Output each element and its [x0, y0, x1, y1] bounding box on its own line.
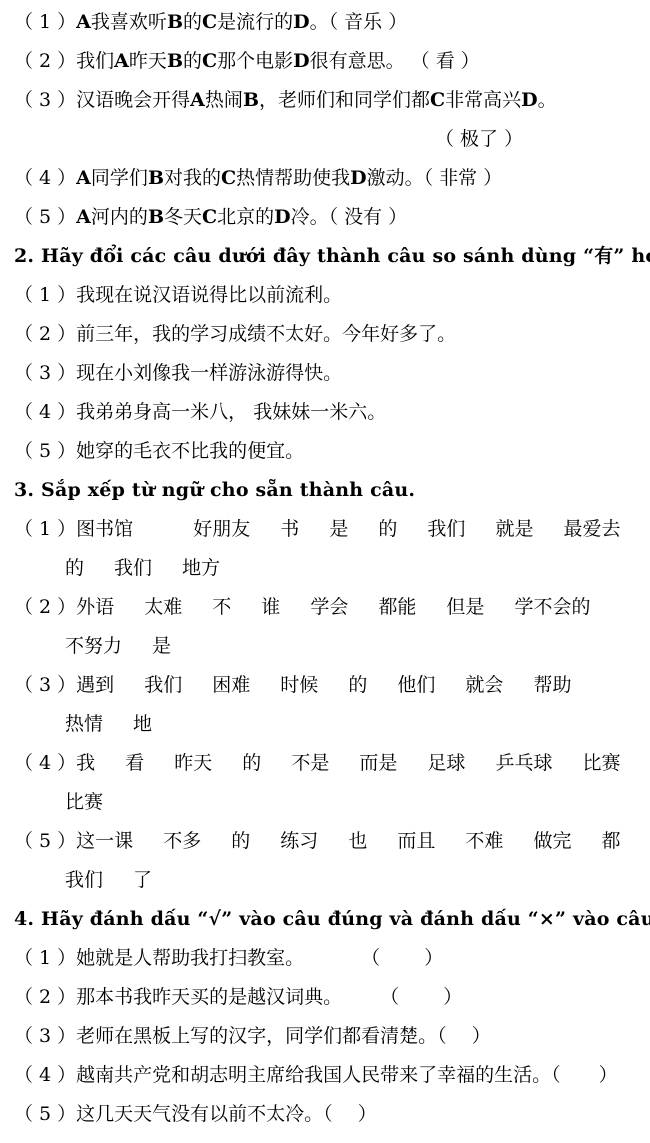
word-list: 我们 了: [65, 869, 152, 891]
exercise3-item-3: （ 3 ）遇到 我们 困难 时候 的 他们 就会 帮助: [14, 666, 650, 705]
exercise1-item-3-answer: （ 极了 ）: [14, 120, 650, 159]
exercise2-item-2: （ 2 ）前三年，我的学习成绩不太好。今年好多了。: [14, 315, 650, 354]
word-list: 不努力 是: [65, 635, 171, 657]
item-number: （ 1 ）: [14, 518, 76, 540]
word-list: 比赛: [65, 791, 103, 813]
item-text: （ 1 ）我现在说汉语说得比以前流利。: [14, 284, 342, 306]
exercise3-item-4-cont: 比赛: [14, 783, 650, 822]
exercise1-item-4: （ 4 ）A同学们B对我的C热情帮助使我D激动。（ 非常 ）: [14, 159, 650, 198]
exercise3-item-5-cont: 我们 了: [14, 861, 650, 900]
exercise3-item-2-cont: 不努力 是: [14, 627, 650, 666]
item-text: （ 4 ）A同学们B对我的C热情帮助使我D激动。（ 非常 ）: [14, 167, 502, 189]
item-text: （ 4 ）我弟弟身高一米八， 我妹妹一米六。: [14, 401, 386, 423]
exercise3-item-1: （ 1 ）图书馆 好朋友 书 是 的 我们 就是 最爱去: [14, 510, 650, 549]
item-text: （ 5 ）这几天天气没有以前不太冷。（ ）: [14, 1103, 377, 1125]
word-list: 这一课 不多 的 练习 也 而且 不难 做完 都: [76, 830, 620, 852]
item-text: （ 5 ）她穿的毛衣不比我的便宜。: [14, 440, 304, 462]
exercise3-item-5: （ 5 ）这一课 不多 的 练习 也 而且 不难 做完 都: [14, 822, 650, 861]
exercise4-item-2: （ 2 ）那本书我昨天买的是越汉词典。 （ ）: [14, 978, 650, 1017]
worksheet-document: （ 1 ）A我喜欢听B的C是流行的D。（ 音乐 ） （ 2 ）我们A昨天B的C那…: [0, 0, 650, 1143]
item-answer: （ 极了 ）: [435, 128, 523, 150]
exercise2-item-4: （ 4 ）我弟弟身高一米八， 我妹妹一米六。: [14, 393, 650, 432]
item-number: （ 4 ）: [14, 752, 76, 774]
word-list: 热情 地: [65, 713, 152, 735]
exercise1-item-1: （ 1 ）A我喜欢听B的C是流行的D。（ 音乐 ）: [14, 3, 650, 42]
word-list: 我 看 昨天 的 不是 而是 足球 乒乓球 比赛: [76, 752, 620, 774]
word-list: 图书馆 好朋友 书 是 的 我们 就是 最爱去: [76, 518, 620, 540]
item-number: （ 5 ）: [14, 830, 76, 852]
item-text: （ 3 ）现在小刘像我一样游泳游得快。: [14, 362, 342, 384]
item-number: （ 2 ）: [14, 596, 76, 618]
exercise2-item-3: （ 3 ）现在小刘像我一样游泳游得快。: [14, 354, 650, 393]
exercise3-item-3-cont: 热情 地: [14, 705, 650, 744]
item-text: （ 2 ）我们A昨天B的C那个电影D很有意思。 （ 看 ）: [14, 50, 480, 72]
section3-heading: 3. Sắp xếp từ ngữ cho sẵn thành câu.: [14, 471, 650, 510]
item-text: （ 2 ）那本书我昨天买的是越汉词典。 （ ）: [14, 986, 462, 1008]
exercise1-item-2: （ 2 ）我们A昨天B的C那个电影D很有意思。 （ 看 ）: [14, 42, 650, 81]
exercise2-item-5: （ 5 ）她穿的毛衣不比我的便宜。: [14, 432, 650, 471]
exercise4-item-4: （ 4 ）越南共产党和胡志明主席给我国人民带来了幸福的生活。（ ）: [14, 1056, 650, 1095]
exercise3-item-2: （ 2 ）外语 太难 不 谁 学会 都能 但是 学不会的: [14, 588, 650, 627]
exercise2-item-1: （ 1 ）我现在说汉语说得比以前流利。: [14, 276, 650, 315]
item-text: （ 2 ）前三年，我的学习成绩不太好。今年好多了。: [14, 323, 456, 345]
word-list: 外语 太难 不 谁 学会 都能 但是 学不会的: [76, 596, 590, 618]
item-number: （ 3 ）: [14, 674, 76, 696]
exercise1-item-5: （ 5 ）A河内的B冬天C北京的D冷。（ 没有 ）: [14, 198, 650, 237]
exercise4-item-3: （ 3 ）老师在黑板上写的汉字，同学们都看清楚。（ ）: [14, 1017, 650, 1056]
exercise4-item-5: （ 5 ）这几天天气没有以前不太冷。（ ）: [14, 1095, 650, 1134]
word-list: 的 我们 地方: [65, 557, 220, 579]
item-text: （ 1 ）她就是人帮助我打扫教室。 （ ）: [14, 947, 443, 969]
item-text: （ 5 ）A河内的B冬天C北京的D冷。（ 没有 ）: [14, 206, 407, 228]
item-text: （ 4 ）越南共产党和胡志明主席给我国人民带来了幸福的生活。（ ）: [14, 1064, 618, 1086]
exercise1-item-3: （ 3 ）汉语晚会开得A热闹B，老师们和同学们都C非常高兴D。: [14, 81, 650, 120]
exercise3-item-1-cont: 的 我们 地方: [14, 549, 650, 588]
exercise4-item-1: （ 1 ）她就是人帮助我打扫教室。 （ ）: [14, 939, 650, 978]
word-list: 遇到 我们 困难 时候 的 他们 就会 帮助: [76, 674, 571, 696]
exercise3-item-4: （ 4 ）我 看 昨天 的 不是 而是 足球 乒乓球 比赛: [14, 744, 650, 783]
section2-heading: 2. Hãy đổi các câu dưới đây thành câu so…: [14, 237, 650, 276]
item-text: （ 1 ）A我喜欢听B的C是流行的D。（ 音乐 ）: [14, 11, 407, 33]
item-text: （ 3 ）汉语晚会开得A热闹B，老师们和同学们都C非常高兴D。: [14, 89, 557, 111]
item-text: （ 3 ）老师在黑板上写的汉字，同学们都看清楚。（ ）: [14, 1025, 491, 1047]
section4-heading: 4. Hãy đánh dấu “√” vào câu đúng và đánh…: [14, 900, 650, 939]
